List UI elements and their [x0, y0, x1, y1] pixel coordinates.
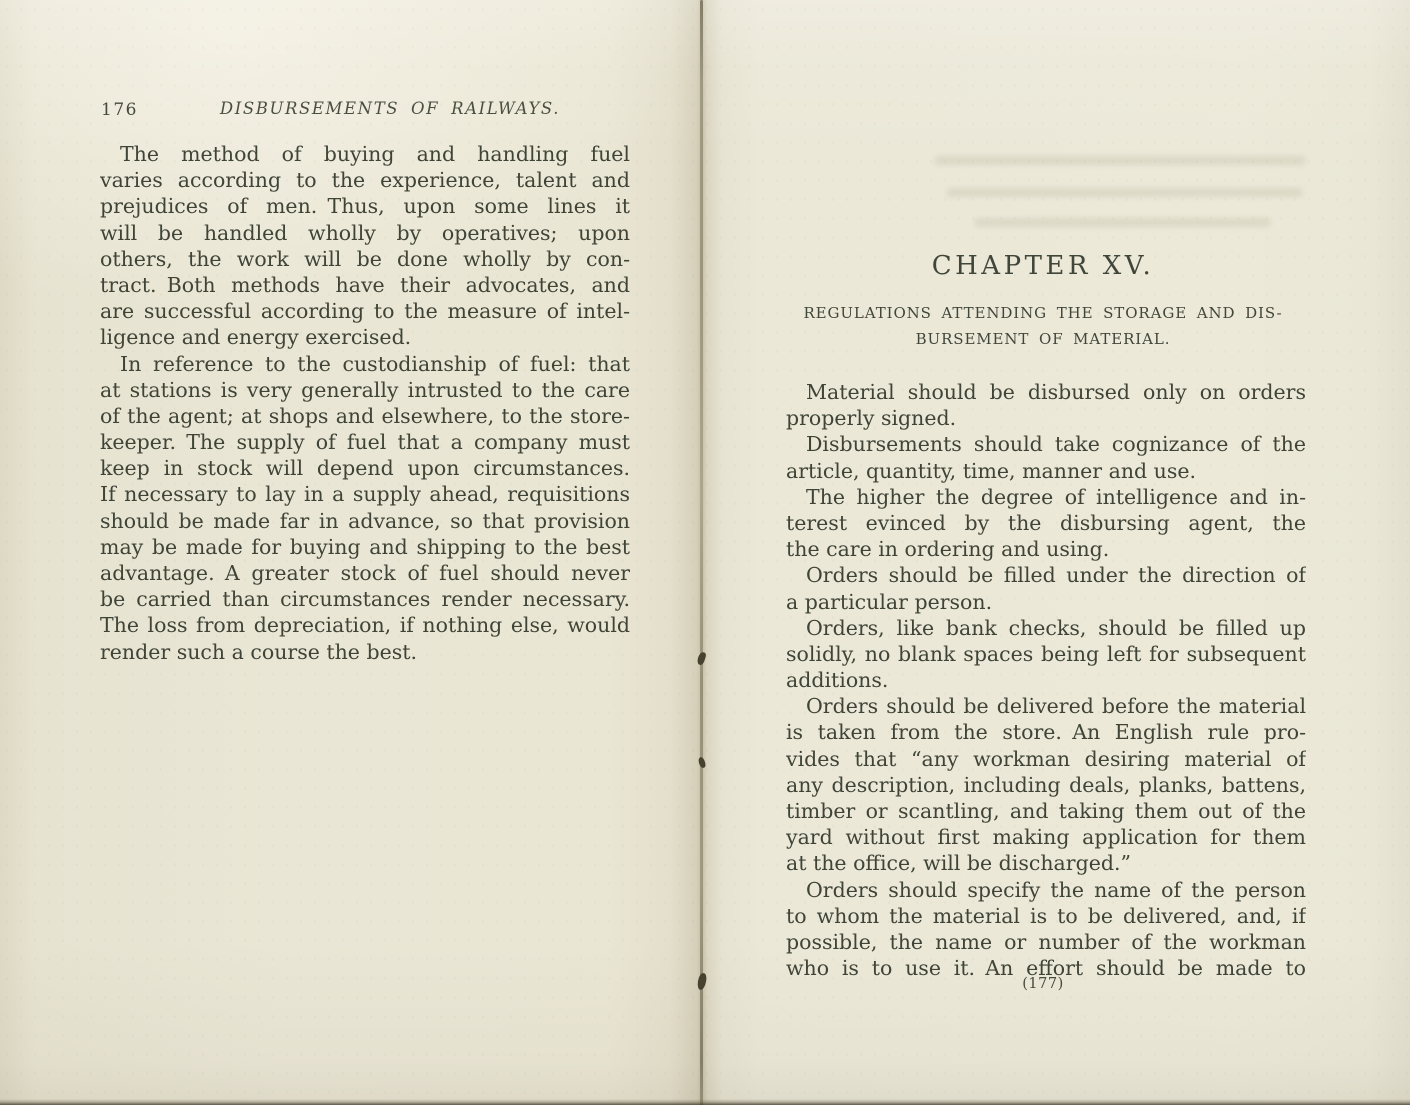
text-line: ligence and energy exercised.: [100, 324, 630, 350]
text-line: tract. Both methods have their advocates…: [100, 272, 630, 298]
text-line: additions.: [786, 667, 1306, 693]
text-line: solidly, no blank spaces being left for …: [786, 641, 1306, 667]
running-header: DISBURSEMENTS OF RAILWAYS.: [125, 99, 655, 118]
text-line: should be made far in advance, so that p…: [100, 508, 630, 534]
text-line: may be made for buying and shipping to t…: [100, 534, 630, 560]
text-line: vides that “any workman desiring materia…: [786, 746, 1306, 772]
text-line: are successful according to the measure …: [100, 298, 630, 324]
text-line: The loss from depreciation, if nothing e…: [100, 612, 630, 638]
text-line: The higher the degree of intelligence an…: [786, 484, 1306, 510]
show-through-text: [935, 148, 1310, 248]
text-line: will be handled wholly by operatives; up…: [100, 220, 630, 246]
chapter-subtitle-line2: BURSEMENT OF MATERIAL.: [780, 330, 1306, 348]
page-bottom-edge: [0, 1099, 1410, 1105]
text-line: yard without first making application fo…: [786, 824, 1306, 850]
text-line: varies according to the experience, tale…: [100, 167, 630, 193]
text-line: Orders should be filled under the direct…: [786, 562, 1306, 588]
text-line: keep in stock will depend upon circumsta…: [100, 455, 630, 481]
text-line: to whom the material is to be delivered,…: [786, 903, 1306, 929]
ghost-line: [975, 218, 1270, 227]
ghost-line: [947, 188, 1302, 197]
text-line: prejudices of men. Thus, upon some lines…: [100, 193, 630, 219]
text-line: Orders should be delivered before the ma…: [786, 693, 1306, 719]
chapter-heading: CHAPTER XV.: [780, 251, 1306, 281]
text-line: any description, including deals, planks…: [786, 772, 1306, 798]
book-spread-scan: 176 DISBURSEMENTS OF RAILWAYS. The metho…: [0, 0, 1410, 1105]
text-line: at stations is very generally intrusted …: [100, 377, 630, 403]
text-line: at the office, will be discharged.”: [786, 850, 1306, 876]
text-line: keeper. The supply of fuel that a compan…: [100, 429, 630, 455]
text-line: timber or scantling, and taking them out…: [786, 798, 1306, 824]
right-page-body: Material should be disbursed only on ord…: [786, 379, 1306, 981]
text-line: properly signed.: [786, 405, 1306, 431]
text-line: Material should be disbursed only on ord…: [786, 379, 1306, 405]
text-line: Orders should specify the name of the pe…: [786, 877, 1306, 903]
text-line: Orders, like bank checks, should be fill…: [786, 615, 1306, 641]
book-spine-gutter: [700, 0, 703, 1105]
text-line: be carried than circumstances render nec…: [100, 586, 630, 612]
right-page-number: (177): [780, 976, 1306, 992]
text-line: The method of buying and handling fuel: [100, 141, 630, 167]
text-line: render such a course the best.: [100, 639, 630, 665]
text-line: others, the work will be done wholly by …: [100, 246, 630, 272]
text-line: advantage. A greater stock of fuel shoul…: [100, 560, 630, 586]
left-page-body: The method of buying and handling fuelva…: [100, 141, 630, 665]
text-line: Disbursements should take cognizance of …: [786, 431, 1306, 457]
text-line: If necessary to lay in a supply ahead, r…: [100, 481, 630, 507]
text-line: possible, the name or number of the work…: [786, 929, 1306, 955]
text-line: In reference to the custodianship of fue…: [100, 351, 630, 377]
ghost-line: [935, 156, 1305, 165]
chapter-subtitle-line1: REGULATIONS ATTENDING THE STORAGE AND DI…: [780, 304, 1306, 322]
text-line: of the agent; at shops and elsewhere, to…: [100, 403, 630, 429]
text-line: article, quantity, time, manner and use.: [786, 458, 1306, 484]
text-line: terest evinced by the disbursing agent, …: [786, 510, 1306, 536]
text-line: a particular person.: [786, 589, 1306, 615]
text-line: is taken from the store. An English rule…: [786, 719, 1306, 745]
text-line: the care in ordering and using.: [786, 536, 1306, 562]
